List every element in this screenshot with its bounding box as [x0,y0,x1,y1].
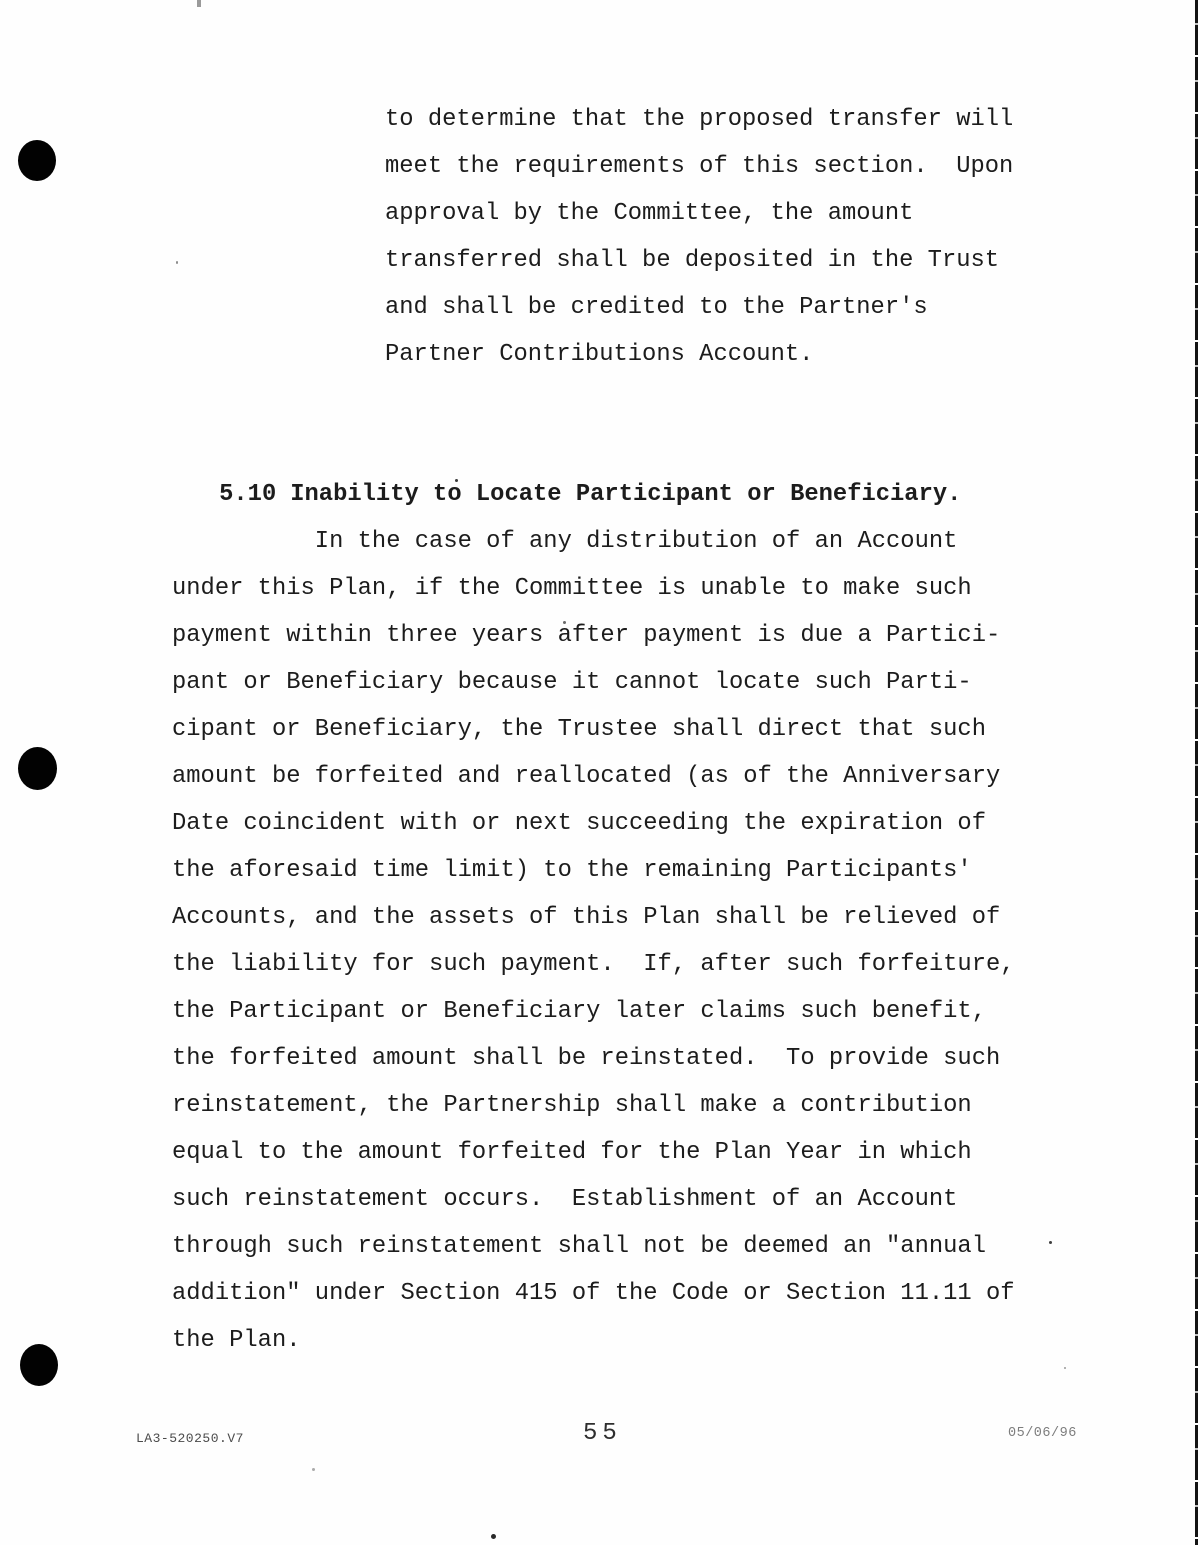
text-line: such reinstatement occurs. Establishment… [172,1176,1015,1223]
text-line: reinstatement, the Partnership shall mak… [172,1082,1015,1129]
text-line: the liability for such payment. If, afte… [172,941,1015,988]
document-id: LA3-520250.V7 [136,1431,244,1446]
scan-artifact [197,0,201,7]
hole-punch-mark [20,1344,58,1386]
text-line: In the case of any distribution of an Ac… [172,518,1015,565]
hole-punch-mark [18,747,57,790]
text-line: under this Plan, if the Committee is una… [172,565,1015,612]
scan-artifact [491,1534,496,1539]
text-line: equal to the amount forfeited for the Pl… [172,1129,1015,1176]
footer-date: 05/06/96 [1008,1426,1077,1441]
text-line: meet the requirements of this section. U… [385,143,1013,190]
text-line: cipant or Beneficiary, the Trustee shall… [172,706,1015,753]
text-line: Accounts, and the assets of this Plan sh… [172,894,1015,941]
text-line: Date coincident with or next succeeding … [172,800,1015,847]
section-title: Inability to Locate Participant or Benef… [290,481,961,508]
text-line: amount be forfeited and reallocated (as … [172,753,1015,800]
text-line: payment within three years after payment… [172,612,1015,659]
text-line: through such reinstatement shall not be … [172,1223,1015,1270]
scanned-document-page: to determine that the proposed transfer … [0,0,1198,1545]
continuation-paragraph: to determine that the proposed transfer … [385,96,1013,378]
scan-artifact [1064,1367,1066,1369]
text-line: pant or Beneficiary because it cannot lo… [172,659,1015,706]
text-line: Partner Contributions Account. [385,331,1013,378]
scan-artifact [1049,1241,1052,1244]
text-line: the aforesaid time limit) to the remaini… [172,847,1015,894]
text-line: the forfeited amount shall be reinstated… [172,1035,1015,1082]
text-line: transferred shall be deposited in the Tr… [385,237,1013,284]
text-line: the Plan. [172,1317,1015,1364]
page-number: 55 [583,1420,622,1447]
text-line: addition" under Section 415 of the Code … [172,1270,1015,1317]
text-line: and shall be credited to the Partner's [385,284,1013,331]
text-line: to determine that the proposed transfer … [385,96,1013,143]
text-line: the Participant or Beneficiary later cla… [172,988,1015,1035]
scan-edge-line [1195,0,1198,1545]
scan-artifact [176,261,178,264]
scan-artifact [312,1468,315,1471]
section-heading: 5.10Inability to Locate Participant or B… [162,424,961,471]
hole-punch-mark [18,140,56,181]
text-line: approval by the Committee, the amount [385,190,1013,237]
body-paragraph: In the case of any distribution of an Ac… [172,518,1015,1364]
section-number: 5.10 [219,481,276,508]
